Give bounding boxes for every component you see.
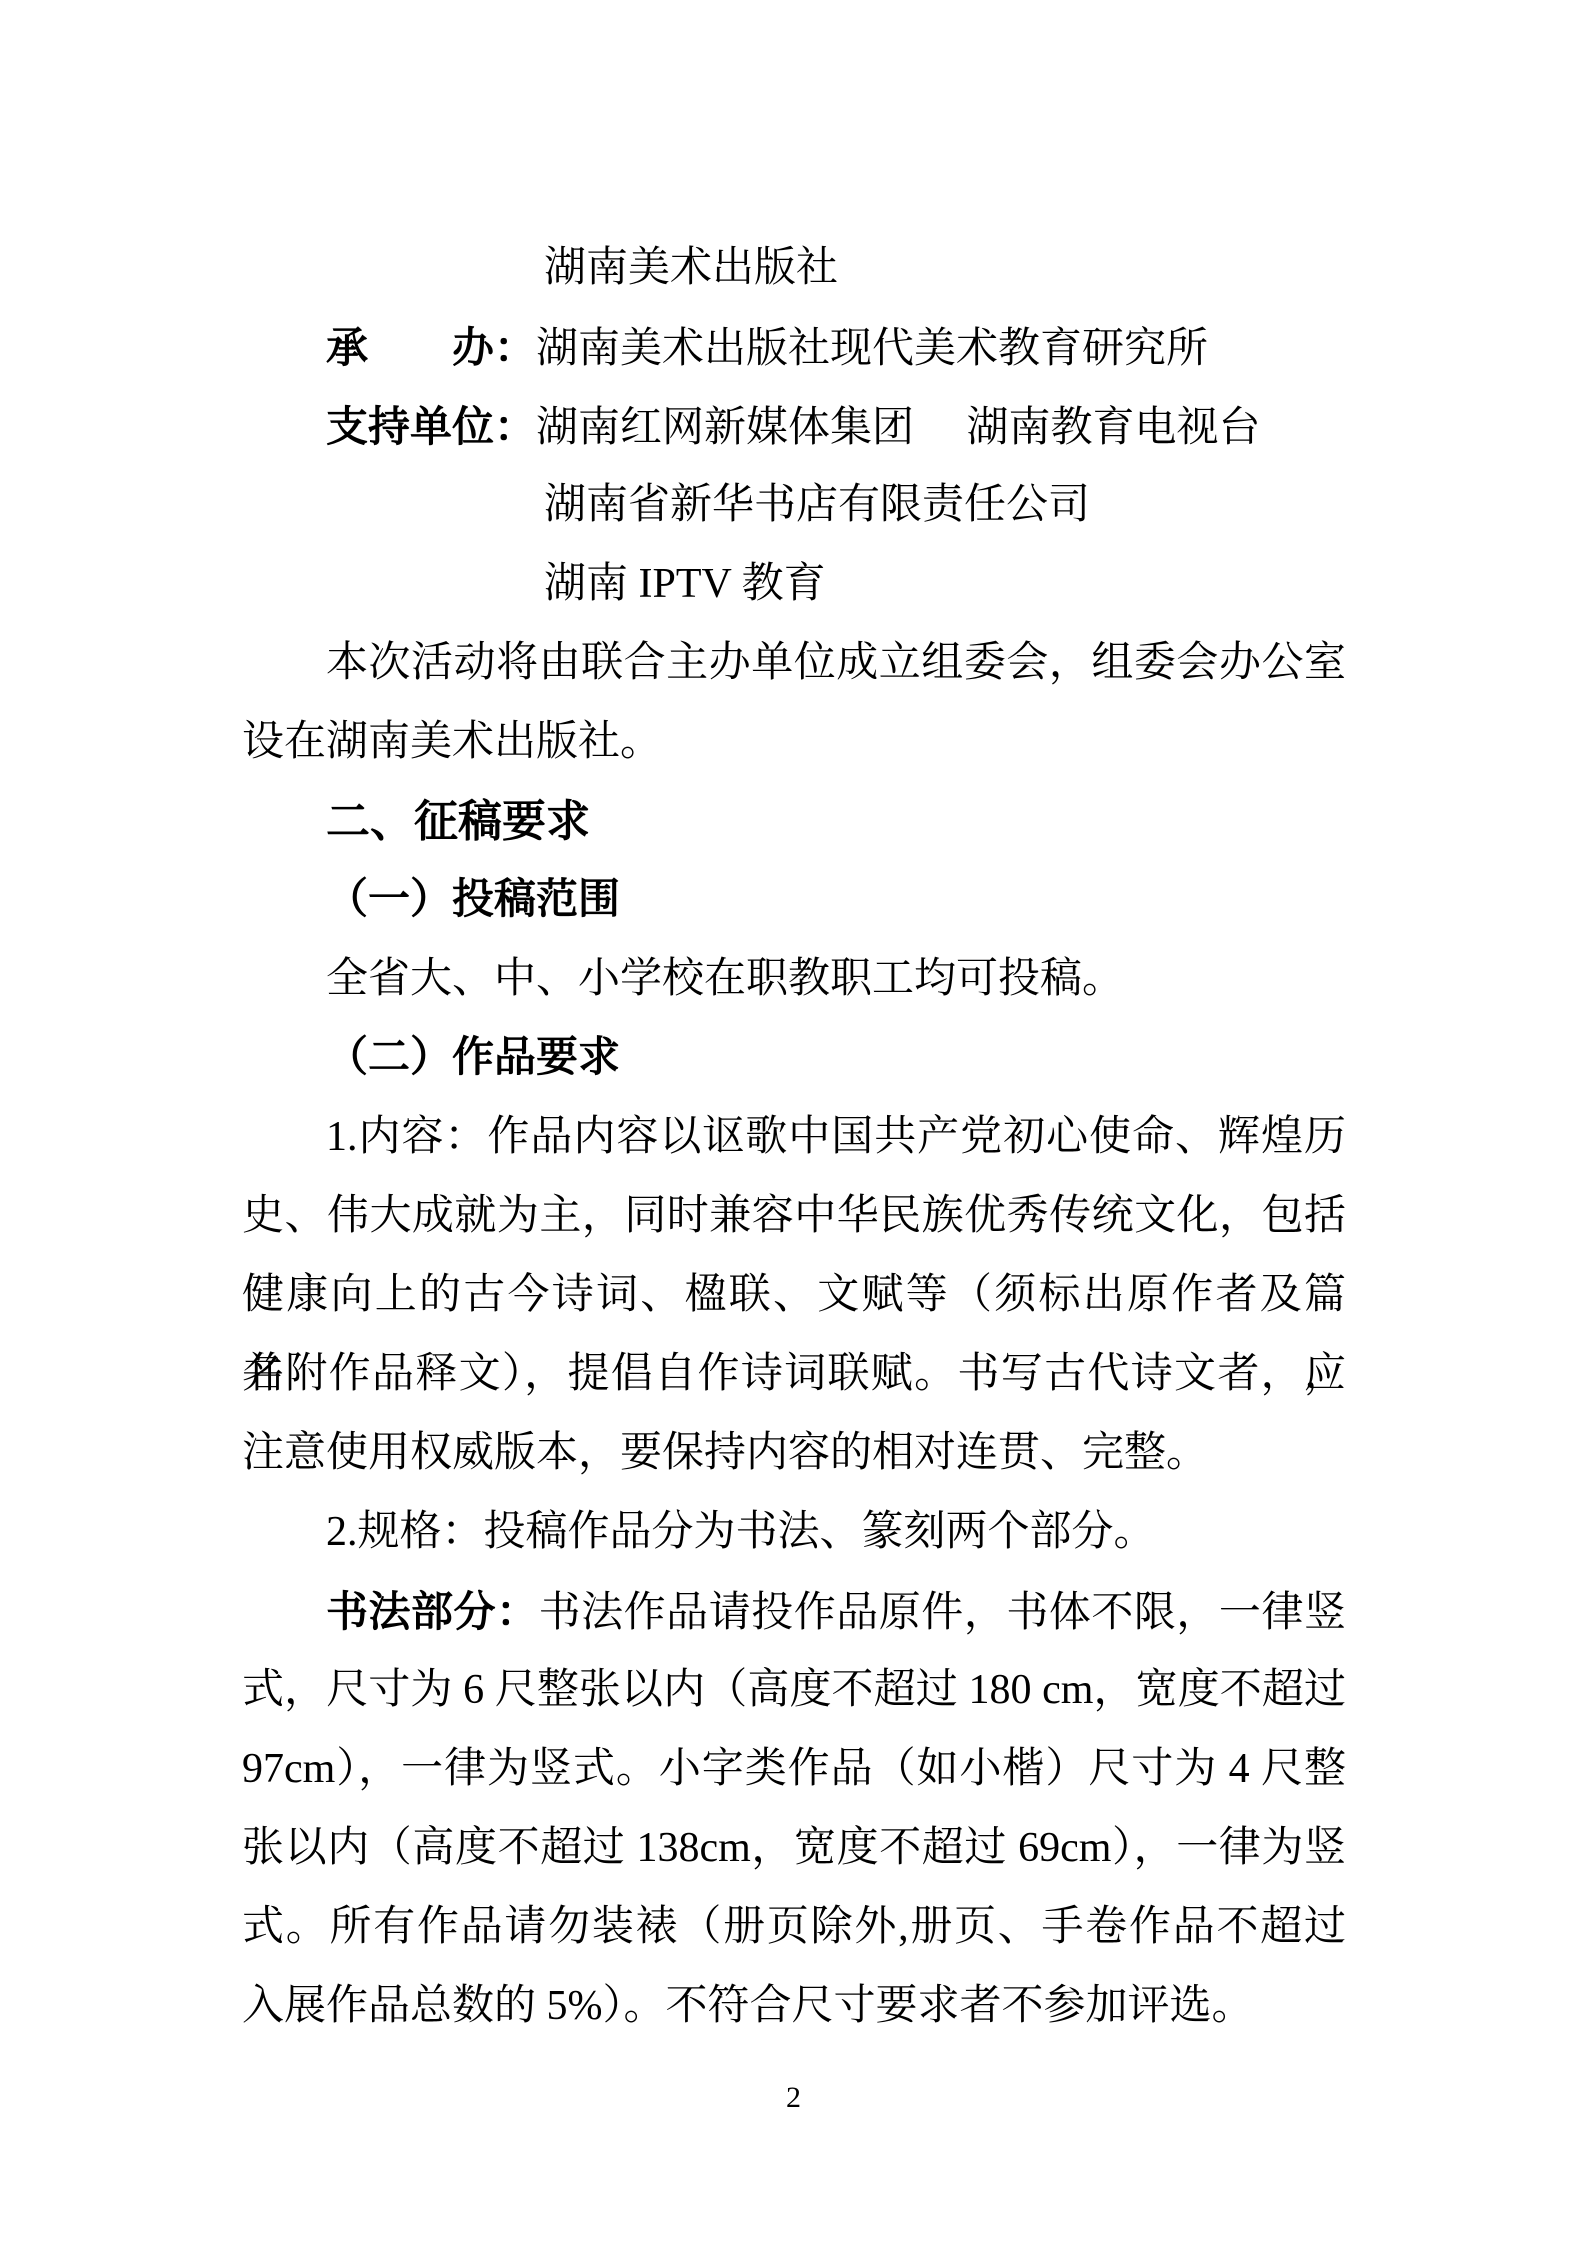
section-heading: 二、征稿要求 [242,782,1346,861]
supporting-units-value: 湖南红网新媒体集团 湖南教育电视台 [536,405,1261,451]
supporting-units-label: 支持单位： [326,403,536,450]
body-paragraph-line: 97cm），一律为竖式。小字类作品（如小楷）尺寸为 4 尺整 [242,1730,1346,1809]
body-paragraph-line: 入展作品总数的 5%）。不符合尺寸要求者不参加评选。 [242,1967,1346,2046]
body-paragraph-line: 健康向上的古今诗词、楹联、文赋等（须标出原作者及篇名， [242,1256,1346,1335]
body-paragraph-line: 2.规格：投稿作品分为书法、篆刻两个部分。 [242,1493,1346,1572]
body-paragraph-line: 注意使用权威版本，要保持内容的相对连贯、完整。 [242,1414,1346,1493]
body-paragraph-line: 本次活动将由联合主办单位成立组委会，组委会办公室 [242,624,1346,703]
co-organizer-label: 承 办： [326,324,536,371]
co-organizer-value: 湖南美术出版社现代美术教育研究所 [536,326,1208,372]
supporting-units-line: 支持单位：湖南红网新媒体集团 湖南教育电视台 [242,387,1346,466]
supporting-unit-name: 湖南省新华书店有限责任公司 [544,482,1090,528]
supporting-unit-name: 湖南 IPTV 教育 [544,561,826,607]
supporting-unit-line: 湖南 IPTV 教育 [242,545,1346,624]
body-paragraph-line: 全省大、中、小学校在职教职工均可投稿。 [242,940,1346,1019]
document-page: 湖南美术出版社 承 办：湖南美术出版社现代美术教育研究所 支持单位：湖南红网新媒… [0,0,1587,2245]
page-number: 2 [0,2080,1587,2116]
calligraphy-section-label: 书法部分： [326,1588,539,1635]
body-paragraph-line: 张以内（高度不超过 138cm，宽度不超过 69cm），一律为竖 [242,1809,1346,1888]
co-organizer-line: 承 办：湖南美术出版社现代美术教育研究所 [242,308,1346,387]
body-paragraph-line: 设在湖南美术出版社。 [242,703,1346,782]
supporting-unit-line: 湖南省新华书店有限责任公司 [242,466,1346,545]
subsection-heading: （二）作品要求 [242,1019,1346,1098]
document-body: 湖南美术出版社 承 办：湖南美术出版社现代美术教育研究所 支持单位：湖南红网新媒… [242,229,1346,2046]
body-paragraph-line: 式，尺寸为 6 尺整张以内（高度不超过 180 cm，宽度不超过 [242,1651,1346,1730]
calligraphy-section-line: 书法部分：书法作品请投作品原件，书体不限，一律竖 [242,1572,1346,1651]
body-paragraph-line: 1.内容：作品内容以讴歌中国共产党初心使命、辉煌历 [242,1098,1346,1177]
organizer-name: 湖南美术出版社 [544,245,838,291]
subsection-heading: （一）投稿范围 [242,861,1346,940]
body-paragraph-line: 式。所有作品请勿装裱（册页除外,册页、手卷作品不超过 [242,1888,1346,1967]
body-paragraph-line: 史、伟大成就为主，同时兼容中华民族优秀传统文化，包括 [242,1177,1346,1256]
body-paragraph-line: 并附作品释文），提倡自作诗词联赋。书写古代诗文者，应 [242,1335,1346,1414]
organizer-name-line: 湖南美术出版社 [242,229,1346,308]
